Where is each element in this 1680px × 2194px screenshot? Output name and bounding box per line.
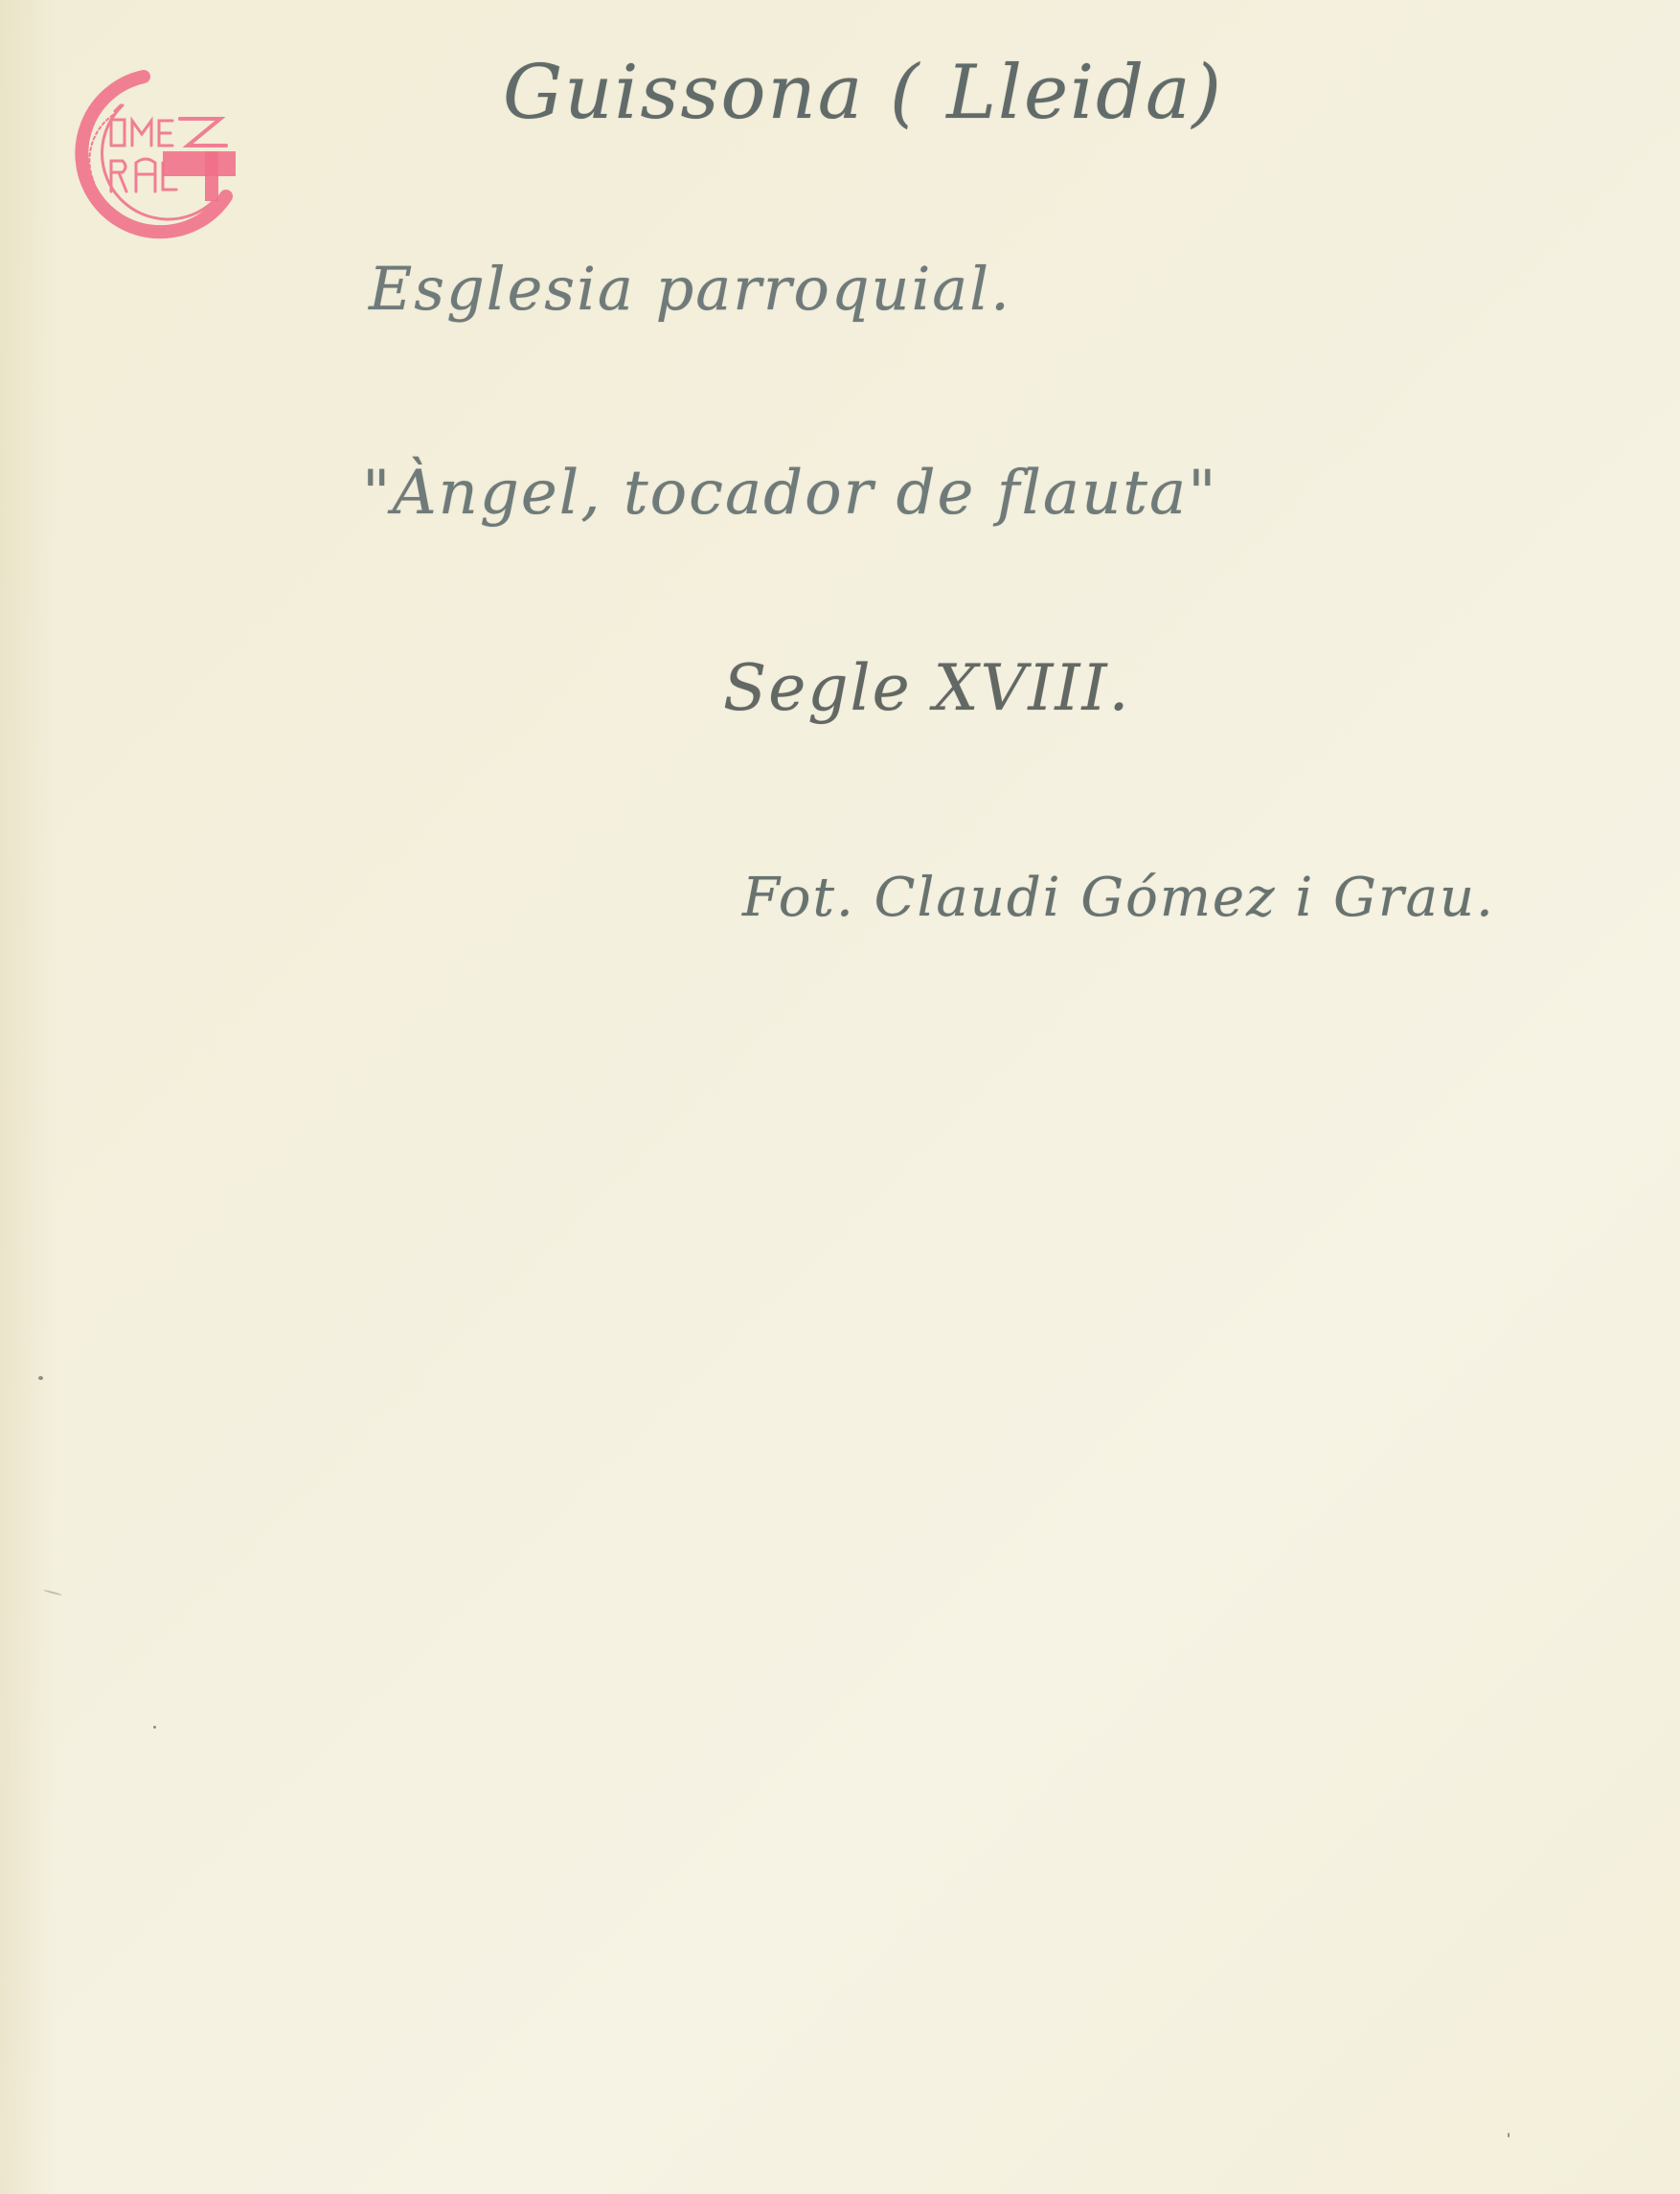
building-label: Esglesia parroquial. [369,254,1011,324]
period-label: Segle XVIII. [723,651,1131,725]
paper-speck [153,1726,156,1729]
photographer-stamp-icon [56,67,257,249]
page-edge-shading [0,0,57,2194]
location-heading: Guissona ( Lleida) [503,50,1223,136]
paper-speck [1508,2133,1510,2137]
paper-speck [38,1376,43,1380]
subject-title: "Àngel, tocador de flauta" [362,458,1218,529]
photographer-credit: Fot. Claudi Gómez i Grau. [742,867,1495,929]
